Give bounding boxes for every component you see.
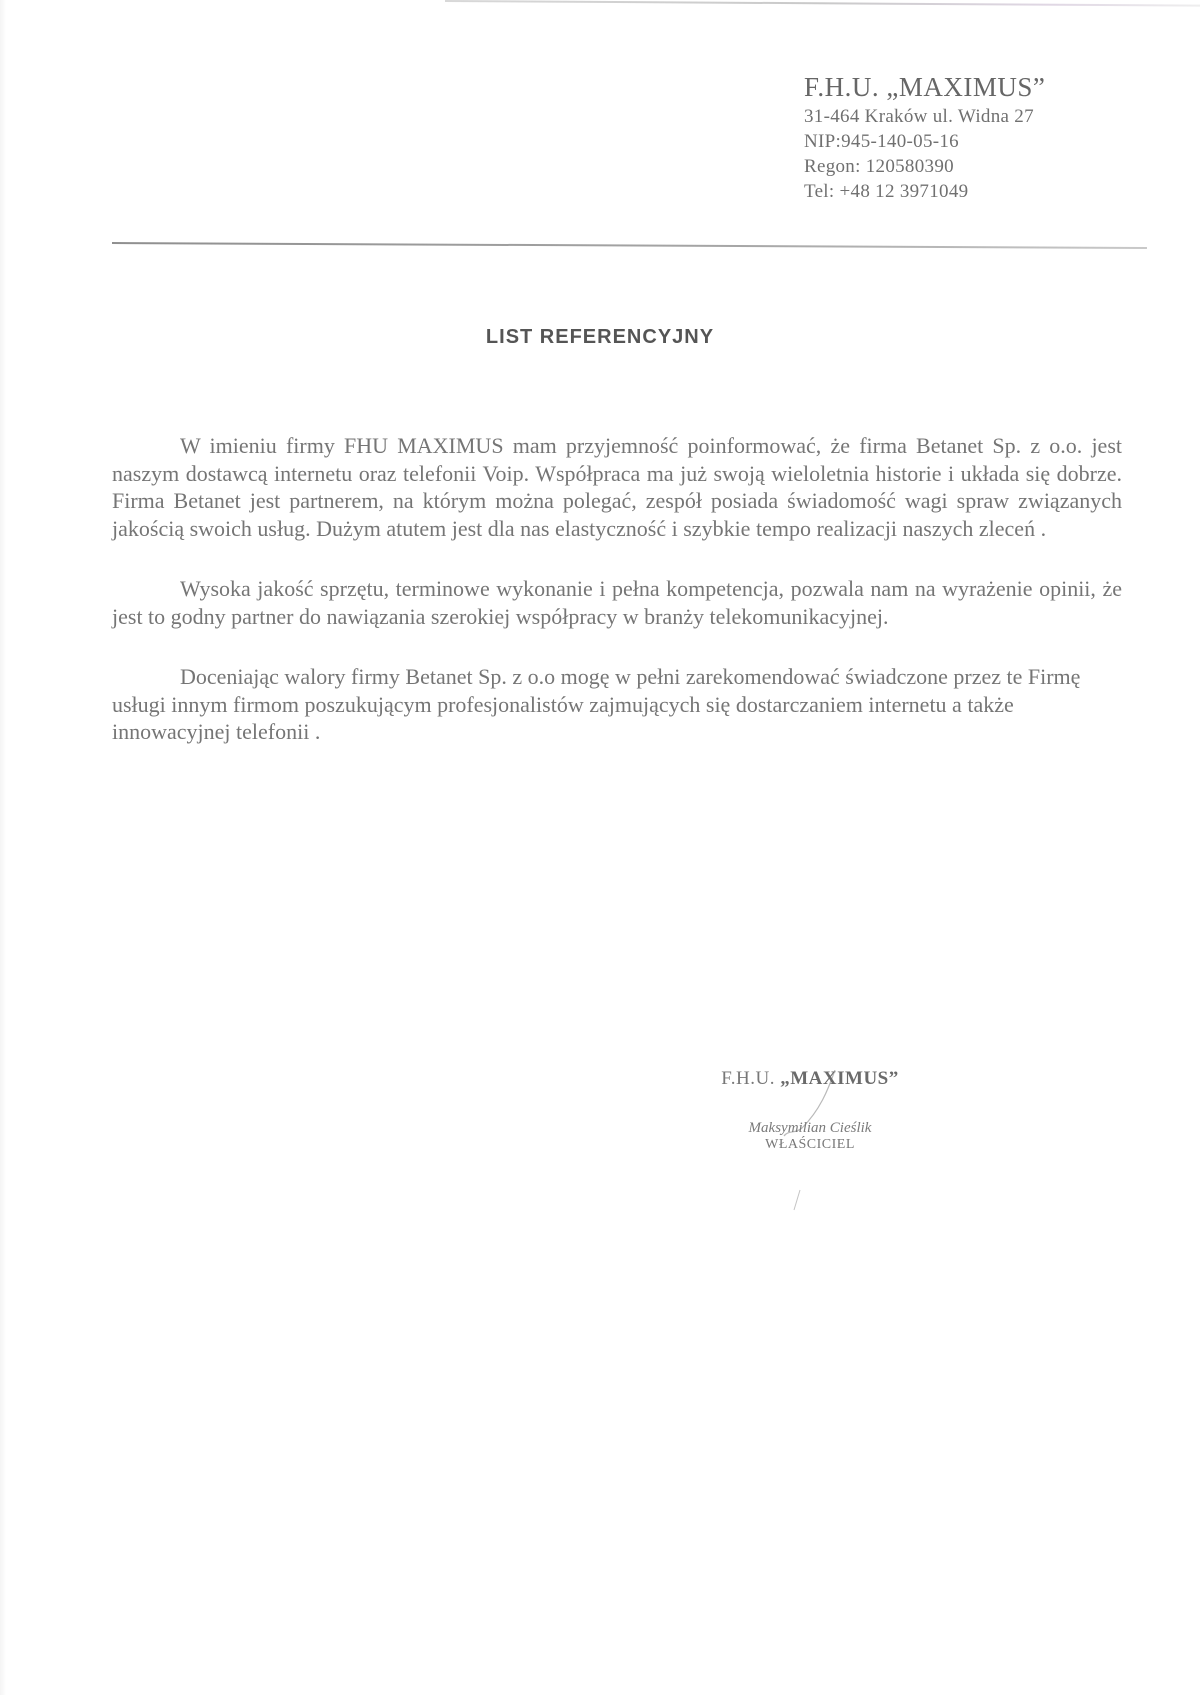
signature-company-prefix: F.H.U. xyxy=(721,1068,780,1089)
signature-company: F.H.U. „MAXIMUS” xyxy=(690,1068,930,1090)
paragraph-1: W imieniu firmy FHU MAXIMUS mam przyjemn… xyxy=(112,432,1122,542)
letterhead-address: 31-464 Kraków ul. Widna 27 xyxy=(804,107,1045,126)
letterhead-phone: Tel: +48 12 3971049 xyxy=(804,182,1045,201)
signature-name: Maksymilian Cieślik xyxy=(690,1120,930,1137)
document-title: LIST REFERENCYJNY xyxy=(0,326,1200,349)
scan-edge-shadow xyxy=(0,0,6,1695)
signature-company-name: „MAXIMUS” xyxy=(780,1068,899,1089)
scan-edge-line xyxy=(445,0,1200,7)
signature-block: F.H.U. „MAXIMUS” Maksymilian Cieślik WŁA… xyxy=(690,1068,930,1153)
paragraph-2: Wysoka jakość sprzętu, terminowe wykonan… xyxy=(112,575,1122,630)
letterhead-company: F.H.U. „MAXIMUS” xyxy=(804,74,1045,101)
scanned-letter-page: F.H.U. „MAXIMUS” 31-464 Kraków ul. Widna… xyxy=(0,0,1200,1695)
letterhead-nip: NIP:945-140-05-16 xyxy=(804,132,1045,151)
header-divider xyxy=(112,242,1147,249)
paragraph-3: Doceniając walory firmy Betanet Sp. z o.… xyxy=(112,663,1092,746)
letter-body: W imieniu firmy FHU MAXIMUS mam przyjemn… xyxy=(112,432,1122,746)
letterhead: F.H.U. „MAXIMUS” 31-464 Kraków ul. Widna… xyxy=(804,74,1045,201)
signature-role: WŁAŚCICIEL xyxy=(690,1137,930,1153)
letterhead-regon: Regon: 120580390 xyxy=(804,157,1045,176)
